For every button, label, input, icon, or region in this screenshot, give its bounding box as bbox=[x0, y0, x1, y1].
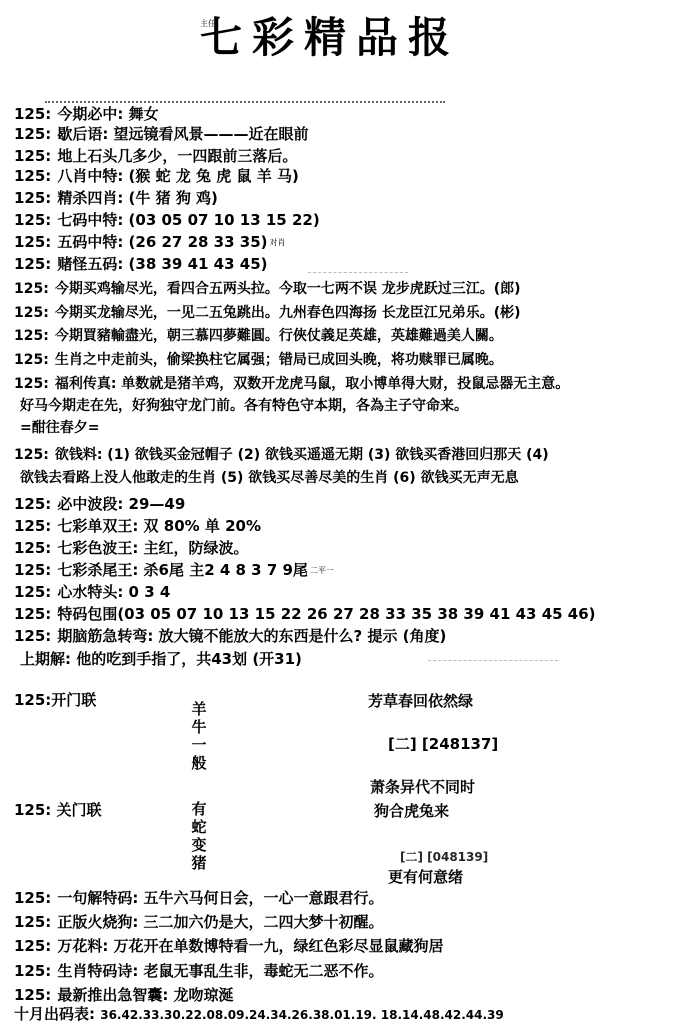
issue-prefix: 125: bbox=[14, 189, 51, 207]
content-line: 125:七码中特: (03 05 07 10 13 15 22) bbox=[14, 210, 320, 230]
bottom-line: 125:一句解特码: 五牛六马何日会，一心一意跟君行。 bbox=[14, 888, 384, 908]
issue-prefix: 125: bbox=[14, 627, 51, 645]
line-text: 七彩杀尾王: 杀6尾 主2 4 8 3 7 9尾 bbox=[57, 561, 308, 579]
content-line: 欲钱去看路上没人他敢走的生肖 (5) 欲钱买尽善尽美的生肖 (6) 欲钱买无声无… bbox=[14, 468, 519, 488]
issue-prefix: 125: bbox=[14, 517, 51, 535]
line-text: 赌怪五码: (38 39 41 43 45) bbox=[57, 255, 267, 273]
issue-prefix: 125: bbox=[14, 233, 51, 251]
scan-noise bbox=[308, 272, 408, 273]
close-couplet-right1: 萧条异代不同时 bbox=[370, 776, 475, 797]
issue-prefix: 125: bbox=[14, 937, 51, 955]
footer-row: 十月出码表: 36.42.33.30.22.08.09.24.34.26.38.… bbox=[14, 1004, 504, 1024]
issue-prefix: 125: bbox=[14, 889, 51, 907]
issue-prefix: 125: bbox=[14, 211, 51, 229]
issue-prefix: 125: bbox=[14, 167, 51, 185]
issue-prefix: 125: bbox=[14, 255, 51, 273]
line-text: 欲钱去看路上没人他敢走的生肖 (5) 欲钱买尽善尽美的生肖 (6) 欲钱买无声无… bbox=[20, 470, 519, 486]
line-text: 八肖中特: (猴 蛇 龙 兔 虎 鼠 羊 马) bbox=[57, 167, 299, 185]
line-text: 七彩单双王: 双 80% 单 20% bbox=[57, 517, 261, 535]
line-text: 七彩色波王: 主红，防绿波。 bbox=[57, 539, 248, 557]
issue-prefix: 125: bbox=[14, 376, 49, 392]
line-text: 今期买龙输尽光，一见二五兔跳出。九州春色四海扬 长龙臣江兄弟乐。(彬) bbox=[55, 305, 521, 321]
content-line: 125:特码包围(03 05 07 10 13 15 22 26 27 28 3… bbox=[14, 604, 596, 624]
open-couplet-right: 芳草春回依然绿 bbox=[368, 690, 473, 711]
issue-prefix: 125: bbox=[14, 352, 49, 368]
content-line: 125:赌怪五码: (38 39 41 43 45) bbox=[14, 254, 268, 274]
content-line: 125:今期买鸡输尽光，看四合五两头拉。今取一七两不误 龙步虎跃过三江。(郎) bbox=[14, 279, 521, 299]
line-text: 万花料: 万花开在单数博特看一九，绿红色彩尽显鼠藏狗居 bbox=[57, 937, 443, 955]
content-line: 125:七彩色波王: 主红，防绿波。 bbox=[14, 538, 249, 558]
line-text: 生肖之中走前头，偷梁换柱它属强；错局已成回头晚，将功赎罪已属晚。 bbox=[55, 352, 503, 368]
close-couplet-code: [二] [048139] bbox=[400, 848, 488, 865]
issue-prefix: 125: bbox=[14, 561, 51, 579]
issue-prefix: 125: bbox=[14, 913, 51, 931]
line-text: 今期買豬輸盡光，朝三慕四夢難圓。行俠仗義足英雄，英雄難過美人關。 bbox=[55, 328, 503, 344]
line-text: 福利传真: 单数就是猪羊鸡，双数开龙虎马鼠，取小博单得大财，投鼠忌器无主意。 bbox=[55, 376, 569, 392]
bottom-line: 125:生肖特码诗: 老鼠无事乱生非，毒蛇无二恶不作。 bbox=[14, 961, 384, 981]
content-line: 125:精杀四肖: (牛 猪 狗 鸡) bbox=[14, 188, 218, 208]
issue-prefix: 125: bbox=[14, 539, 51, 557]
content-line: 125:歇后语: 望远镜看风景———近在眼前 bbox=[14, 124, 309, 144]
content-line: 上期解: 他的吃到手指了，共43划 (开31) bbox=[14, 649, 302, 669]
line-text: 地上石头几多少，一四跟前三落后。 bbox=[57, 147, 297, 165]
content-line: 好马今期走在先，好狗独守龙门前。各有特色守本期，各為主子守命来。 bbox=[14, 396, 468, 416]
bottom-line: 125:最新推出急智囊: 龙吻琼涎 bbox=[14, 985, 234, 1005]
content-line: =酣往春夕= bbox=[14, 418, 99, 438]
line-text: 今期必中: 舞女 bbox=[57, 105, 158, 123]
issue-prefix: 125: bbox=[14, 328, 49, 344]
line-text: 最新推出急智囊: 龙吻琼涎 bbox=[57, 986, 233, 1004]
close-couplet-label: 125: 关门联 bbox=[14, 800, 102, 820]
line-text: =酣往春夕= bbox=[20, 420, 99, 436]
line-note: 对肖 bbox=[270, 238, 286, 247]
line-text: 正版火烧狗: 三二加六仍是大，二四大梦十初醒。 bbox=[57, 913, 383, 931]
content-line: 125:期脑筋急转弯: 放大镜不能放大的东西是什么? 提示 (角度) bbox=[14, 626, 446, 646]
line-text: 歇后语: 望远镜看风景———近在眼前 bbox=[57, 125, 308, 143]
line-text: 精杀四肖: (牛 猪 狗 鸡) bbox=[57, 189, 218, 207]
line-text: 欲钱料: (1) 欲钱买金冠帽子 (2) 欲钱买遥遥无期 (3) 欲钱买香港回归… bbox=[55, 447, 549, 463]
issue-prefix: 125: bbox=[14, 447, 49, 463]
issue-prefix: 125: bbox=[14, 962, 51, 980]
line-text: 七码中特: (03 05 07 10 13 15 22) bbox=[57, 211, 319, 229]
content-line: 125:地上石头几多少，一四跟前三落后。 bbox=[14, 146, 297, 166]
line-text: 一句解特码: 五牛六马何日会，一心一意跟君行。 bbox=[57, 889, 383, 907]
close-couplet-vertical: 有蛇变猪 bbox=[190, 800, 208, 872]
open-couplet-label: 125:开门联 bbox=[14, 690, 96, 710]
issue-prefix: 125: bbox=[14, 495, 51, 513]
content-line: 125:七彩单双王: 双 80% 单 20% bbox=[14, 516, 261, 536]
line-text: 今期买鸡输尽光，看四合五两头拉。今取一七两不误 龙步虎跃过三江。(郎) bbox=[55, 281, 521, 297]
line-text: 五码中特: (26 27 28 33 35) bbox=[57, 233, 267, 251]
line-text: 必中波段: 29—49 bbox=[57, 495, 185, 513]
content-line: 125:八肖中特: (猴 蛇 龙 兔 虎 鼠 羊 马) bbox=[14, 166, 299, 186]
content-line: 125:福利传真: 单数就是猪羊鸡，双数开龙虎马鼠，取小博单得大财，投鼠忌器无主… bbox=[14, 374, 569, 394]
content-line: 125:今期買豬輸盡光，朝三慕四夢難圓。行俠仗義足英雄，英雄難過美人關。 bbox=[14, 326, 503, 346]
issue-prefix: 125: bbox=[14, 986, 51, 1004]
issue-prefix: 125: bbox=[14, 125, 51, 143]
bottom-line: 125:万花料: 万花开在单数博特看一九，绿红色彩尽显鼠藏狗居 bbox=[14, 936, 444, 956]
line-text: 期脑筋急转弯: 放大镜不能放大的东西是什么? 提示 (角度) bbox=[57, 627, 446, 645]
scan-noise bbox=[428, 660, 558, 661]
issue-prefix: 125: bbox=[14, 305, 49, 321]
footer-label: 十月出码表: bbox=[14, 1005, 95, 1023]
issue-prefix: 125: bbox=[14, 105, 51, 123]
line-text: 上期解: 他的吃到手指了，共43划 (开31) bbox=[20, 650, 302, 668]
content-line: 125:欲钱料: (1) 欲钱买金冠帽子 (2) 欲钱买遥遥无期 (3) 欲钱买… bbox=[14, 445, 549, 465]
content-line: 125:今期必中: 舞女 bbox=[14, 104, 159, 124]
line-text: 生肖特码诗: 老鼠无事乱生非，毒蛇无二恶不作。 bbox=[57, 962, 383, 980]
page-title: 七彩精品报 bbox=[200, 14, 460, 62]
issue-prefix: 125: bbox=[14, 147, 51, 165]
content-line: 125:今期买龙输尽光，一见二五兔跳出。九州春色四海扬 长龙臣江兄弟乐。(彬) bbox=[14, 303, 521, 323]
content-line: 125:心水特头: 0 3 4 bbox=[14, 582, 170, 602]
footer-values: 36.42.33.30.22.08.09.24.34.26.38.01.19. … bbox=[100, 1008, 504, 1022]
issue-prefix: 125: bbox=[14, 583, 51, 601]
open-couplet-code: [二] [248137] bbox=[388, 733, 498, 754]
content-line: 125:生肖之中走前头，偷梁换柱它属强；错局已成回头晚，将功赎罪已属晚。 bbox=[14, 350, 503, 370]
line-text: 心水特头: 0 3 4 bbox=[57, 583, 170, 601]
close-couplet-right3: 更有何意绪 bbox=[388, 866, 463, 887]
open-couplet-vertical: 羊牛一般 bbox=[190, 700, 208, 772]
close-couplet-right2: 狗合虎兔来 bbox=[374, 800, 449, 821]
issue-prefix: 125: bbox=[14, 281, 49, 297]
content-line: 125:必中波段: 29—49 bbox=[14, 494, 185, 514]
line-text: 特码包围(03 05 07 10 13 15 22 26 27 28 33 35… bbox=[57, 605, 595, 623]
content-line: 125:五码中特: (26 27 28 33 35)对肖 bbox=[14, 232, 286, 253]
bottom-line: 125:正版火烧狗: 三二加六仍是大，二四大梦十初醒。 bbox=[14, 912, 384, 932]
issue-prefix: 125: bbox=[14, 605, 51, 623]
content-line: 125:七彩杀尾王: 杀6尾 主2 4 8 3 7 9尾二平一 bbox=[14, 560, 334, 581]
line-text: 好马今期走在先，好狗独守龙门前。各有特色守本期，各為主子守命来。 bbox=[20, 398, 468, 414]
line-note: 二平一 bbox=[310, 566, 334, 575]
